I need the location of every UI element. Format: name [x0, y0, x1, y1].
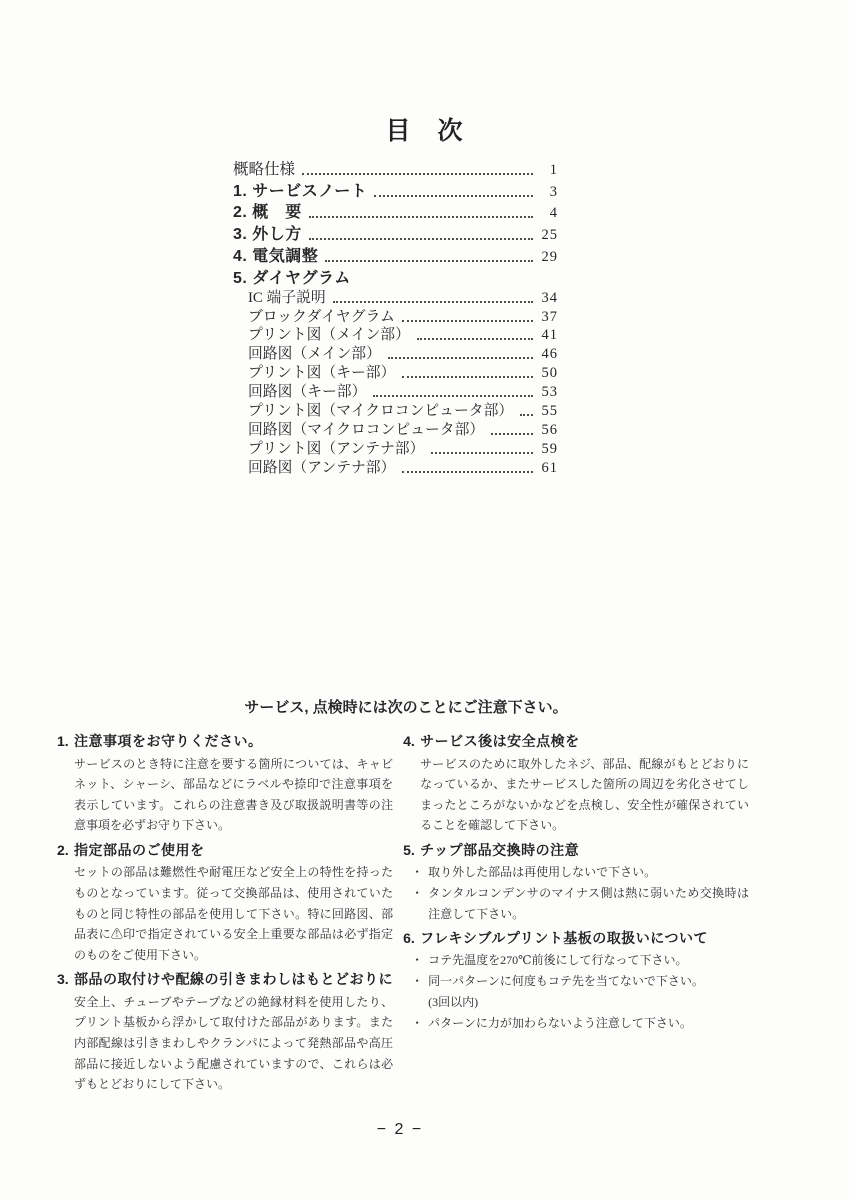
note-number: 1.	[57, 733, 74, 751]
toc-leader-dots	[491, 433, 533, 435]
toc-entry: 1. サービスノート 3	[233, 179, 558, 201]
toc-leader-dots	[402, 320, 533, 322]
toc-entry-label: 概略仕様	[233, 157, 295, 179]
toc-leader-dots	[373, 395, 533, 397]
note-title: 指定部品のご使用を	[74, 842, 393, 860]
note-heading: 3. 部品の取付けや配線の引きまわしはもとどおりに	[57, 971, 393, 989]
toc-page-number: 56	[538, 422, 558, 439]
note-item-5: 5. チップ部品交換時の注意 ・ 取り外した部品は再使用しないで下さい。 ・ タ…	[403, 842, 749, 925]
toc-entry-label: 4. 電気調整	[233, 243, 318, 266]
note-body: セットの部品は難燃性や耐電圧など安全上の特性を持ったものとなっています。従って交…	[74, 862, 393, 965]
note-heading: 4. サービス後は安全点検を	[403, 733, 749, 751]
toc-page-number: 59	[538, 441, 558, 458]
toc-page-number: 55	[538, 403, 558, 420]
bullet-item: ・ 取り外した部品は再使用しないで下さい。	[411, 862, 749, 883]
note-bullet-list: ・ 取り外した部品は再使用しないで下さい。 ・ タンタルコンデンサのマイナス側は…	[411, 862, 749, 924]
toc-leader-dots	[302, 173, 533, 175]
bullet-item: ・ パターンに力が加わらないよう注意して下さい。	[411, 1013, 749, 1034]
toc-entry-label: ブロックダイヤグラム	[248, 305, 395, 326]
toc-leader-dots	[520, 414, 533, 416]
note-body: サービスのとき特に注意を要する箇所については、キャビネット、シャーシ、部品などに…	[74, 754, 393, 836]
toc-entry-label: 回路図（キー部）	[248, 380, 366, 401]
toc-page-number: 25	[538, 227, 558, 244]
toc-leader-dots	[309, 216, 533, 218]
note-number: 3.	[57, 971, 74, 989]
toc-entry: 3. 外し方 25	[233, 222, 558, 244]
toc-entry-label: IC 端子説明	[248, 286, 326, 307]
note-item-1: 1. 注意事項をお守りください。 サービスのとき特に注意を要する箇所については、…	[57, 733, 393, 836]
bullet-dot-icon: ・	[411, 883, 428, 925]
bullet-dot-icon: ・	[411, 1013, 428, 1034]
note-item-3: 3. 部品の取付けや配線の引きまわしはもとどおりに 安全上、チューブやテープなど…	[57, 971, 393, 1094]
toc-leader-dots	[402, 376, 533, 378]
notes-right-column: 4. サービス後は安全点検を サービスのために取外したネジ、部品、配線がもとどお…	[403, 733, 749, 1101]
note-body: サービスのために取外したネジ、部品、配線がもとどおりになっているか、またサービス…	[420, 754, 749, 836]
bullet-text: タンタルコンデンサのマイナス側は熱に弱いため交換時は注意して下さい。	[428, 883, 749, 925]
toc-entry-label: 回路図（メイン部）	[248, 342, 381, 363]
toc-page-number: 1	[538, 162, 558, 179]
bullet-text: パターンに力が加わらないよう注意して下さい。	[428, 1013, 749, 1034]
toc-page-number: 29	[538, 249, 558, 266]
bullet-text: コテ先温度を270℃前後にして行なって下さい。	[428, 950, 749, 971]
note-heading: 6. フレキシブルプリント基板の取扱いについて	[403, 930, 749, 948]
toc-entry-label: 3. 外し方	[233, 221, 302, 244]
toc-page-number: 53	[538, 384, 558, 401]
table-of-contents: 概略仕様 1 1. サービスノート 3 2. 概 要 4 3. 外し方 25 4…	[233, 157, 558, 477]
note-title: チップ部品交換時の注意	[420, 842, 749, 860]
note-title: サービス後は安全点検を	[420, 733, 749, 751]
toc-entry-label: 5. ダイヤグラム	[233, 265, 351, 288]
bullet-dot-icon: ・	[411, 971, 428, 1013]
note-bullet-list: ・ コテ先温度を270℃前後にして行なって下さい。 ・ 同一パターンに何度もコテ…	[411, 950, 749, 1033]
toc-entry: 2. 概 要 4	[233, 201, 558, 223]
note-number: 4.	[403, 733, 420, 751]
note-title: 部品の取付けや配線の引きまわしはもとどおりに	[74, 971, 393, 989]
toc-leader-dots	[402, 471, 533, 473]
toc-entry-label: 回路図（アンテナ部）	[248, 456, 395, 477]
note-title: 注意事項をお守りください。	[74, 733, 393, 751]
toc-entry-label: 1. サービスノート	[233, 178, 367, 201]
note-number: 5.	[403, 842, 420, 860]
toc-leader-dots	[374, 195, 533, 197]
toc-page-number: 41	[538, 327, 558, 344]
note-heading: 1. 注意事項をお守りください。	[57, 733, 393, 751]
bullet-item: ・ タンタルコンデンサのマイナス側は熱に弱いため交換時は注意して下さい。	[411, 883, 749, 925]
toc-page-number: 3	[538, 184, 558, 201]
toc-leader-dots	[388, 357, 533, 359]
bullet-dot-icon: ・	[411, 950, 428, 971]
bullet-dot-icon: ・	[411, 862, 428, 883]
toc-leader-dots	[417, 338, 533, 340]
toc-entry-label: 2. 概 要	[233, 199, 302, 222]
toc-page-number: 34	[538, 290, 558, 307]
toc-entry-label: プリント図（アンテナ部）	[248, 437, 424, 458]
toc-entry-label: プリント図（メイン部）	[248, 323, 410, 344]
note-item-4: 4. サービス後は安全点検を サービスのために取外したネジ、部品、配線がもとどお…	[403, 733, 749, 836]
note-item-2: 2. 指定部品のご使用を セットの部品は難燃性や耐電圧など安全上の特性を持ったも…	[57, 842, 393, 965]
toc-page-number: 37	[538, 309, 558, 326]
note-item-6: 6. フレキシブルプリント基板の取扱いについて ・ コテ先温度を270℃前後にし…	[403, 930, 749, 1034]
toc-leader-dots	[325, 260, 533, 262]
footer-page-number: − 2 −	[0, 1121, 800, 1139]
manual-page: 目 次 概略仕様 1 1. サービスノート 3 2. 概 要 4 3. 外し方 …	[0, 0, 849, 1200]
toc-leader-dots	[333, 301, 533, 303]
note-number: 2.	[57, 842, 74, 860]
notice-heading: サービス, 点検時には次のことにご注意下さい。	[0, 696, 812, 717]
toc-entry: 回路図（アンテナ部） 61	[233, 458, 558, 477]
note-number: 6.	[403, 930, 420, 948]
page-title: 目 次	[0, 111, 849, 147]
bullet-text: 取り外した部品は再使用しないで下さい。	[428, 862, 749, 883]
toc-leader-dots	[309, 238, 533, 240]
toc-page-number: 50	[538, 365, 558, 382]
bullet-item: ・ 同一パターンに何度もコテ先を当てないで下さい。 (3回以内)	[411, 971, 749, 1013]
notes-left-column: 1. 注意事項をお守りください。 サービスのとき特に注意を要する箇所については、…	[57, 733, 393, 1101]
toc-page-number: 61	[538, 460, 558, 477]
note-body: 安全上、チューブやテープなどの絶縁材料を使用したり、プリント基板から浮かして取付…	[74, 992, 393, 1095]
service-notes: 1. 注意事項をお守りください。 サービスのとき特に注意を要する箇所については、…	[57, 733, 749, 1101]
toc-entry: 5. ダイヤグラム	[233, 266, 558, 288]
bullet-item: ・ コテ先温度を270℃前後にして行なって下さい。	[411, 950, 749, 971]
note-heading: 2. 指定部品のご使用を	[57, 842, 393, 860]
toc-entry-label: プリント図（マイクロコンピュータ部）	[248, 399, 513, 420]
bullet-text: 同一パターンに何度もコテ先を当てないで下さい。 (3回以内)	[428, 971, 749, 1013]
toc-page-number: 46	[538, 346, 558, 363]
toc-entry-label: プリント図（キー部）	[248, 361, 395, 382]
toc-entry-label: 回路図（マイクロコンピュータ部）	[248, 418, 484, 439]
note-title: フレキシブルプリント基板の取扱いについて	[420, 930, 749, 948]
toc-leader-dots	[431, 452, 533, 454]
note-heading: 5. チップ部品交換時の注意	[403, 842, 749, 860]
toc-page-number: 4	[538, 205, 558, 222]
toc-entry: 概略仕様 1	[233, 157, 558, 179]
toc-entry: 4. 電気調整 29	[233, 244, 558, 266]
